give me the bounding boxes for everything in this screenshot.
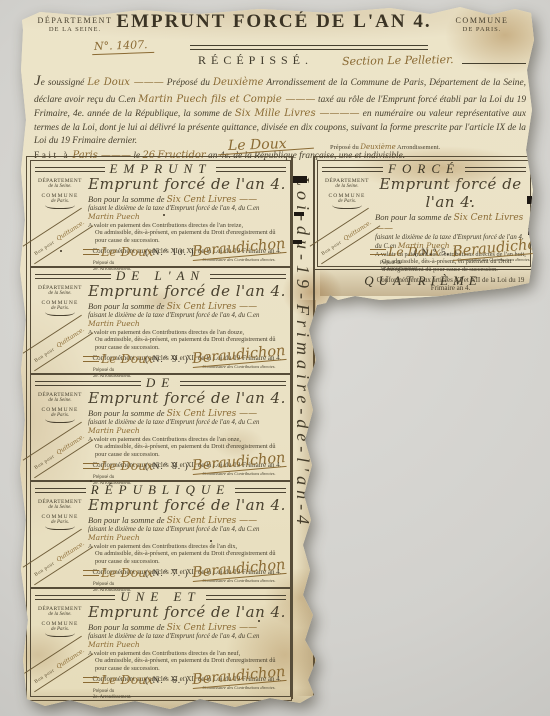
rule (322, 167, 383, 172)
coupon-margin-heading: DÉPARTEMENT de la Seine. COMMUNE de Pari… (34, 606, 86, 637)
signature-right: Beraudichon Commissaire des Contribution… (189, 453, 289, 477)
speck (258, 620, 260, 622)
department-label: DÉPARTEMENT (28, 16, 122, 25)
coupon-cell-5: FORCÉ DÉPARTEMENT de la Seine. COMMUNE d… (317, 160, 531, 267)
valoir-label: A valoir en paiement des Contributions d… (88, 436, 226, 443)
coupon-number: ( N.° 7. ) (145, 569, 189, 579)
amount-handwritten: Six Cent Livres —— (167, 516, 258, 526)
coupon-margin-heading: DÉPARTEMENT de la Seine. COMMUNE de Pari… (34, 178, 86, 209)
stamp-printed-text: Bon pour (34, 668, 56, 685)
sum-handwritten: Six Mille Livres ———— (235, 108, 360, 119)
payer-handwritten: Martin Puech (88, 319, 140, 328)
rule (216, 167, 286, 172)
signature-left-caption-2: 2e. Arrondissement. (83, 695, 153, 701)
aged-paper-sheet: DÉPARTEMENT DE LA SEINE. EMPRUNT FORCÉ D… (0, 0, 550, 716)
amount-label: Bon pour la somme de (375, 212, 452, 222)
valoir-year: dix, (227, 543, 237, 550)
margin-seine-label: de la Seine. (34, 505, 86, 510)
coupon-banner: EMPRUNT (35, 162, 286, 176)
valoir-year: neuf, (227, 650, 240, 657)
coupon-title: Emprunt forcé de l'an 4. (88, 389, 286, 407)
coupon-number: ( N.° 9. ) (145, 355, 189, 365)
flourish (370, 249, 386, 255)
coupon-body: Emprunt forcé de l'an 4. Bon pour la som… (375, 175, 526, 292)
margin-paris-label: de Paris. (34, 306, 86, 311)
flourish (45, 633, 75, 637)
amount-line: Bon pour la somme de Six Cent Livres —— (88, 301, 286, 312)
valoir-year: treize, (227, 222, 243, 229)
tenth-label: faisant le dixième de la taxe d'Emprunt … (88, 205, 259, 212)
tenth-line: faisant le dixième de la taxe d'Emprunt … (88, 526, 286, 542)
stamp-handwritten-text: Quittance. (342, 219, 372, 242)
coupon-number: ( N.° 10. ) (145, 248, 194, 258)
stamp-printed-text: Bon pour (34, 240, 56, 257)
receipt-text: Préposé du (167, 78, 210, 88)
speck (163, 214, 165, 216)
coupon-cell-6: UNE ET DÉPARTEMENT de la Seine. COMMUNE … (30, 588, 291, 697)
flourish (83, 570, 99, 576)
valoir-line: A valoir en paiement des Contributions d… (88, 222, 286, 229)
coupon: DE DÉPARTEMENT de la Seine. COMMUNE de P… (31, 375, 290, 480)
stamp-printed-text: Bon pour (34, 454, 56, 471)
rule (35, 167, 105, 172)
rule (462, 63, 526, 64)
margin-seine-label: de la Seine. (34, 184, 86, 189)
margin-seine-label: de la Seine. (34, 398, 86, 403)
coupon: DE L'AN DÉPARTEMENT de la Seine. COMMUNE… (31, 268, 290, 373)
paris-label: DE PARIS. (436, 26, 528, 33)
stamp-handwritten-text: Quittance. (55, 219, 85, 242)
stamp-handwritten-text: Quittance. (55, 540, 85, 563)
coupon-number: ( N.° 8. ) (145, 462, 189, 472)
tenth-line: faisant le dixième de la taxe d'Emprunt … (88, 205, 286, 221)
ink-blot (294, 212, 304, 216)
coupon: FORCÉ DÉPARTEMENT de la Seine. COMMUNE d… (318, 161, 530, 266)
valoir-line: A valoir en paiement des Contributions d… (88, 543, 286, 550)
margin-seine-label: de la Seine. (34, 291, 86, 296)
margin-paris-label: de Paris. (34, 413, 86, 418)
caption-printed: Préposé du (330, 144, 359, 151)
rule (465, 167, 526, 172)
valoir-label: A valoir en paiement des Contributions d… (88, 543, 226, 550)
flourish (83, 356, 99, 362)
coupon-title: Emprunt forcé de l'an 4. (88, 282, 286, 300)
ink-blot (527, 196, 532, 204)
payer-handwritten: Martin Puech (88, 533, 140, 542)
caption-printed: Arrondissement. (397, 144, 440, 151)
coupon-margin-heading: DÉPARTEMENT de la Seine. COMMUNE de Pari… (321, 178, 373, 209)
amount-handwritten: Six Cent Livres —— (167, 195, 258, 205)
signature-right: Beraudichon Commissaire des Contribution… (189, 239, 289, 263)
rule (35, 381, 141, 386)
margin-paris-label: de Paris. (34, 199, 86, 204)
signature-right: Beraudichon Commissaire des Contribution… (452, 239, 536, 263)
coupon: UNE ET DÉPARTEMENT de la Seine. COMMUNE … (31, 589, 290, 696)
coupon-banner: UNE ET (35, 590, 286, 604)
tenth-label: faisant le dixième de la taxe d'Emprunt … (88, 633, 259, 640)
amount-handwritten: Six Cent Livres —— (167, 302, 258, 312)
flourish (45, 205, 75, 209)
rule (210, 274, 286, 279)
amount-line: Bon pour la somme de Six Cent Livres —— (88, 622, 286, 633)
coupon-cell-10: EMPRUNT DÉPARTEMENT de la Seine. COMMUNE… (30, 160, 291, 267)
coupon-title: Emprunt forcé de l'an 4. (88, 175, 286, 193)
amount-label: Bon pour la somme de (88, 194, 165, 204)
rule (35, 488, 86, 493)
stamp-printed-text: Bon pour (34, 347, 56, 364)
coupon-margin-heading: DÉPARTEMENT de la Seine. COMMUNE de Pari… (34, 499, 86, 530)
caption-handwritten: Deuxième (360, 143, 395, 151)
margin-seine-label: de la Seine. (34, 612, 86, 617)
amount-label: Bon pour la somme de (88, 408, 165, 418)
speck (210, 540, 212, 542)
valoir-label: A valoir en paiement des Contributions d… (88, 329, 226, 336)
valoir-line: A valoir en paiement des Contributions d… (88, 650, 286, 657)
section-handwritten: Section Le Pelletier. (342, 53, 454, 68)
receipt-number-handwritten: N°. 1407. (92, 38, 154, 55)
rule (35, 595, 115, 600)
rule (35, 274, 111, 279)
payer-handwritten: Martin Puech (88, 426, 140, 435)
stamp-handwritten-text: Quittance. (55, 647, 85, 670)
margin-paris-label: de Paris. (34, 520, 86, 525)
ink-blot (528, 228, 532, 235)
vertical-edge-legend: Loi-du-19-Frimaire-de-l'an-4 (291, 176, 313, 692)
conforme-line: Conformément aux articles XI et XII de l… (375, 276, 526, 292)
rule (190, 45, 428, 50)
speck (90, 480, 92, 482)
rule (206, 595, 286, 600)
tenth-line: faisant le dixième de la taxe d'Emprunt … (88, 633, 286, 649)
stamp-printed-text: Bon pour (34, 561, 56, 578)
tenth-line: faisant le dixième de la taxe d'Emprunt … (88, 419, 286, 435)
coupon-banner: DE (35, 376, 286, 390)
tenth-label: faisant le dixième de la taxe d'Emprunt … (88, 526, 259, 533)
payer-handwritten: Martin Puech (88, 212, 140, 221)
amount-handwritten: Six Cent Livres —— (167, 623, 258, 633)
stamp-handwritten-text: Quittance. (55, 433, 85, 456)
signature-right: Beraudichon Commissaire des Contribution… (189, 667, 289, 691)
amount-label: Bon pour la somme de (88, 622, 165, 632)
coupon-banner: FORCÉ (322, 162, 526, 176)
stamp-handwritten-text: Quittance. (55, 326, 85, 349)
coupon-title: Emprunt forcé de l'an 4. (88, 496, 286, 514)
stamp-printed-text: Bon pour (321, 240, 343, 257)
signature-right: Beraudichon Commissaire des Contribution… (189, 560, 289, 584)
coupon-number: ( N.° 6. ) (145, 676, 189, 686)
valoir-line: A valoir en paiement des Contributions d… (88, 329, 286, 336)
tenth-label: faisant le dixième de la taxe d'Emprunt … (88, 312, 259, 319)
scanned-document-stage: DÉPARTEMENT DE LA SEINE. EMPRUNT FORCÉ D… (0, 0, 550, 716)
flourish (45, 312, 75, 316)
header-commune-block: COMMUNE DE PARIS. (436, 16, 528, 33)
paper-shadow-wrap: DÉPARTEMENT DE LA SEINE. EMPRUNT FORCÉ D… (0, 0, 550, 716)
flourish (83, 463, 99, 469)
coupon-title: Emprunt forcé de l'an 4. (88, 603, 286, 621)
flourish (45, 526, 75, 530)
ink-blot (293, 176, 307, 183)
valoir-year: onze, (227, 436, 240, 443)
receipt-text: Je soussigné (34, 78, 84, 88)
rule (235, 488, 286, 493)
valoir-label: A valoir en paiement des Contributions d… (88, 650, 226, 657)
header-department-block: DÉPARTEMENT DE LA SEINE. (28, 16, 122, 33)
coupon-banner: DE L'AN (35, 269, 286, 283)
coupon: EMPRUNT DÉPARTEMENT de la Seine. COMMUNE… (31, 161, 290, 266)
amount-label: Bon pour la somme de (88, 515, 165, 525)
seine-label: DE LA SEINE. (28, 26, 122, 33)
flourish (45, 419, 75, 423)
flourish (83, 249, 99, 255)
coupon-cell-7: RÉPUBLIQUE DÉPARTEMENT de la Seine. COMM… (30, 481, 291, 588)
payer-name-handwritten: Martin Puech fils et Compie ——— (138, 94, 315, 105)
main-signature-caption: Préposé du Deuxième Arrondissement. (330, 143, 440, 151)
coupon-margin-heading: DÉPARTEMENT de la Seine. COMMUNE de Pari… (34, 285, 86, 316)
flourish (83, 677, 99, 683)
recepisse-heading: RÉCÉPISSÉ. (198, 53, 313, 68)
valoir-year: douze, (227, 329, 244, 336)
margin-paris-label: de Paris. (321, 199, 373, 204)
document-title: EMPRUNT FORCÉ DE L'AN 4. (116, 11, 432, 33)
amount-line: Bon pour la somme de Six Cent Livres —— (88, 194, 286, 205)
official-name-handwritten: Le Doux ——— (87, 77, 163, 88)
valoir-line: A valoir en paiement des Contributions d… (88, 436, 286, 443)
tenth-line: faisant le dixième de la taxe d'Emprunt … (88, 312, 286, 328)
ink-blot (293, 240, 302, 244)
coupon-cell-8: DE DÉPARTEMENT de la Seine. COMMUNE de P… (30, 374, 291, 481)
amount-label: Bon pour la somme de (88, 301, 165, 311)
arrondissement-handwritten: Deuxième (213, 77, 264, 88)
amount-line: Bon pour la somme de Six Cent Livres —— (88, 408, 286, 419)
valoir-label: A valoir en paiement des Contributions d… (88, 222, 226, 229)
coupon-cell-9: DE L'AN DÉPARTEMENT de la Seine. COMMUNE… (30, 267, 291, 374)
payer-handwritten: Martin Puech (88, 640, 140, 649)
coupon-banner: RÉPUBLIQUE (35, 483, 286, 497)
amount-handwritten: Six Cent Livres —— (167, 409, 258, 419)
flourish (332, 205, 362, 209)
coupon-margin-heading: DÉPARTEMENT de la Seine. COMMUNE de Pari… (34, 392, 86, 423)
signature-left-caption-2: 2e. Arrondissement. (370, 267, 440, 273)
commune-label: COMMUNE (436, 16, 528, 25)
tenth-label: faisant le dixième de la taxe d'Emprunt … (88, 419, 259, 426)
speck (60, 250, 62, 252)
coupon: RÉPUBLIQUE DÉPARTEMENT de la Seine. COMM… (31, 482, 290, 587)
speck (470, 200, 472, 202)
coupon-title: Emprunt forcé de l'an 4. (375, 175, 526, 211)
signature-right: Beraudichon Commissaire des Contribution… (189, 346, 289, 370)
amount-line: Bon pour la somme de Six Cent Livres —— (88, 515, 286, 526)
margin-seine-label: de la Seine. (321, 184, 373, 189)
amount-line: Bon pour la somme de Six Cent Livres —— (375, 212, 526, 234)
signature-left: Le Doux Préposé du 2e. Arrondissement. (83, 671, 153, 701)
margin-paris-label: de Paris. (34, 627, 86, 632)
rule (180, 381, 286, 386)
